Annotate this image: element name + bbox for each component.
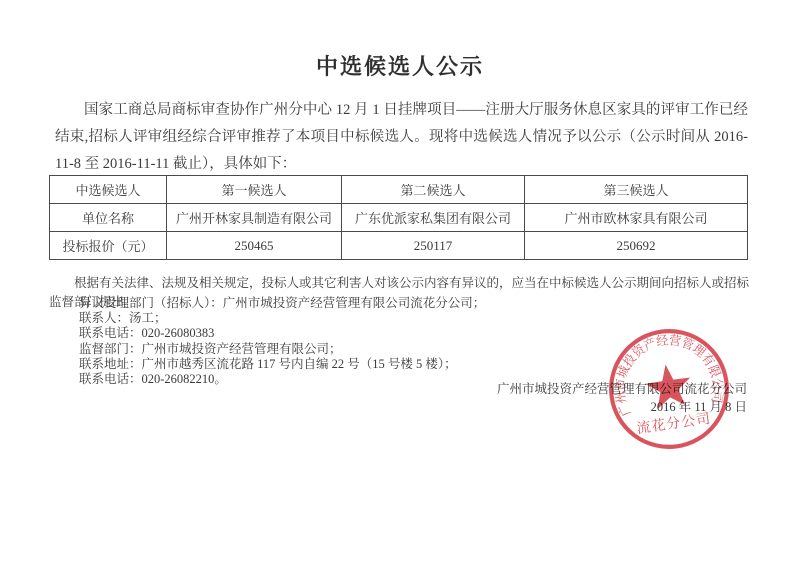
issuer-name: 广州市城投资产经营管理有限公司流花分公司: [497, 380, 747, 398]
header-selected-candidates: 中选候选人: [50, 176, 167, 204]
bid-price-second: 250117: [342, 232, 525, 260]
header-third-candidate: 第三候选人: [525, 176, 748, 204]
candidates-table: 中选候选人 第一候选人 第二候选人 第三候选人 单位名称 广州开林家具制造有限公…: [49, 175, 748, 260]
signature-block: 广州市城投资产经营管理有限公司流花分公司 2016 年 11 月 8 日: [497, 380, 747, 416]
issue-date: 2016 年 11 月 8 日: [497, 398, 747, 416]
supervision-phone-line: 联系电话：020-26082210。: [79, 372, 485, 387]
table-header-row: 中选候选人 第一候选人 第二候选人 第三候选人: [50, 176, 748, 204]
row-label-bid-price: 投标报价（元）: [50, 232, 167, 260]
header-second-candidate: 第二候选人: [342, 176, 525, 204]
table-row-company-name: 单位名称 广州开林家具制造有限公司 广东优派家私集团有限公司 广州市欧林家具有限…: [50, 204, 748, 232]
header-first-candidate: 第一候选人: [167, 176, 342, 204]
supervision-department-line: 监督部门：广州市城投资产经营管理有限公司；: [79, 342, 485, 357]
company-name-first: 广州开林家具制造有限公司: [167, 204, 342, 232]
document-page: 中选候选人公示 国家工商总局商标审查协作广州分中心 12 月 1 日挂牌项目——…: [0, 0, 800, 565]
intro-paragraph: 国家工商总局商标审查协作广州分中心 12 月 1 日挂牌项目——注册大厅服务休息…: [55, 97, 748, 178]
contact-phone-line: 联系电话：020-26080383: [79, 326, 485, 341]
company-name-second: 广东优派家私集团有限公司: [342, 204, 525, 232]
bid-price-first: 250465: [167, 232, 342, 260]
company-name-third: 广州市欧林家具有限公司: [525, 204, 748, 232]
contact-address-line: 联系地址：广州市越秀区流花路 117 号内自编 22 号（15 号楼 5 楼）；: [79, 357, 485, 372]
contact-person-line: 联系人：汤工；: [79, 311, 485, 326]
bid-price-third: 250692: [525, 232, 748, 260]
page-title: 中选候选人公示: [0, 50, 800, 81]
objection-department-line: 异议受理部门（招标人）：广州市城投资产经营管理有限公司流花分公司；: [79, 296, 485, 311]
table-row-bid-price: 投标报价（元） 250465 250117 250692: [50, 232, 748, 260]
contact-info-block: 异议受理部门（招标人）：广州市城投资产经营管理有限公司流花分公司； 联系人：汤工…: [79, 296, 485, 387]
row-label-company-name: 单位名称: [50, 204, 167, 232]
